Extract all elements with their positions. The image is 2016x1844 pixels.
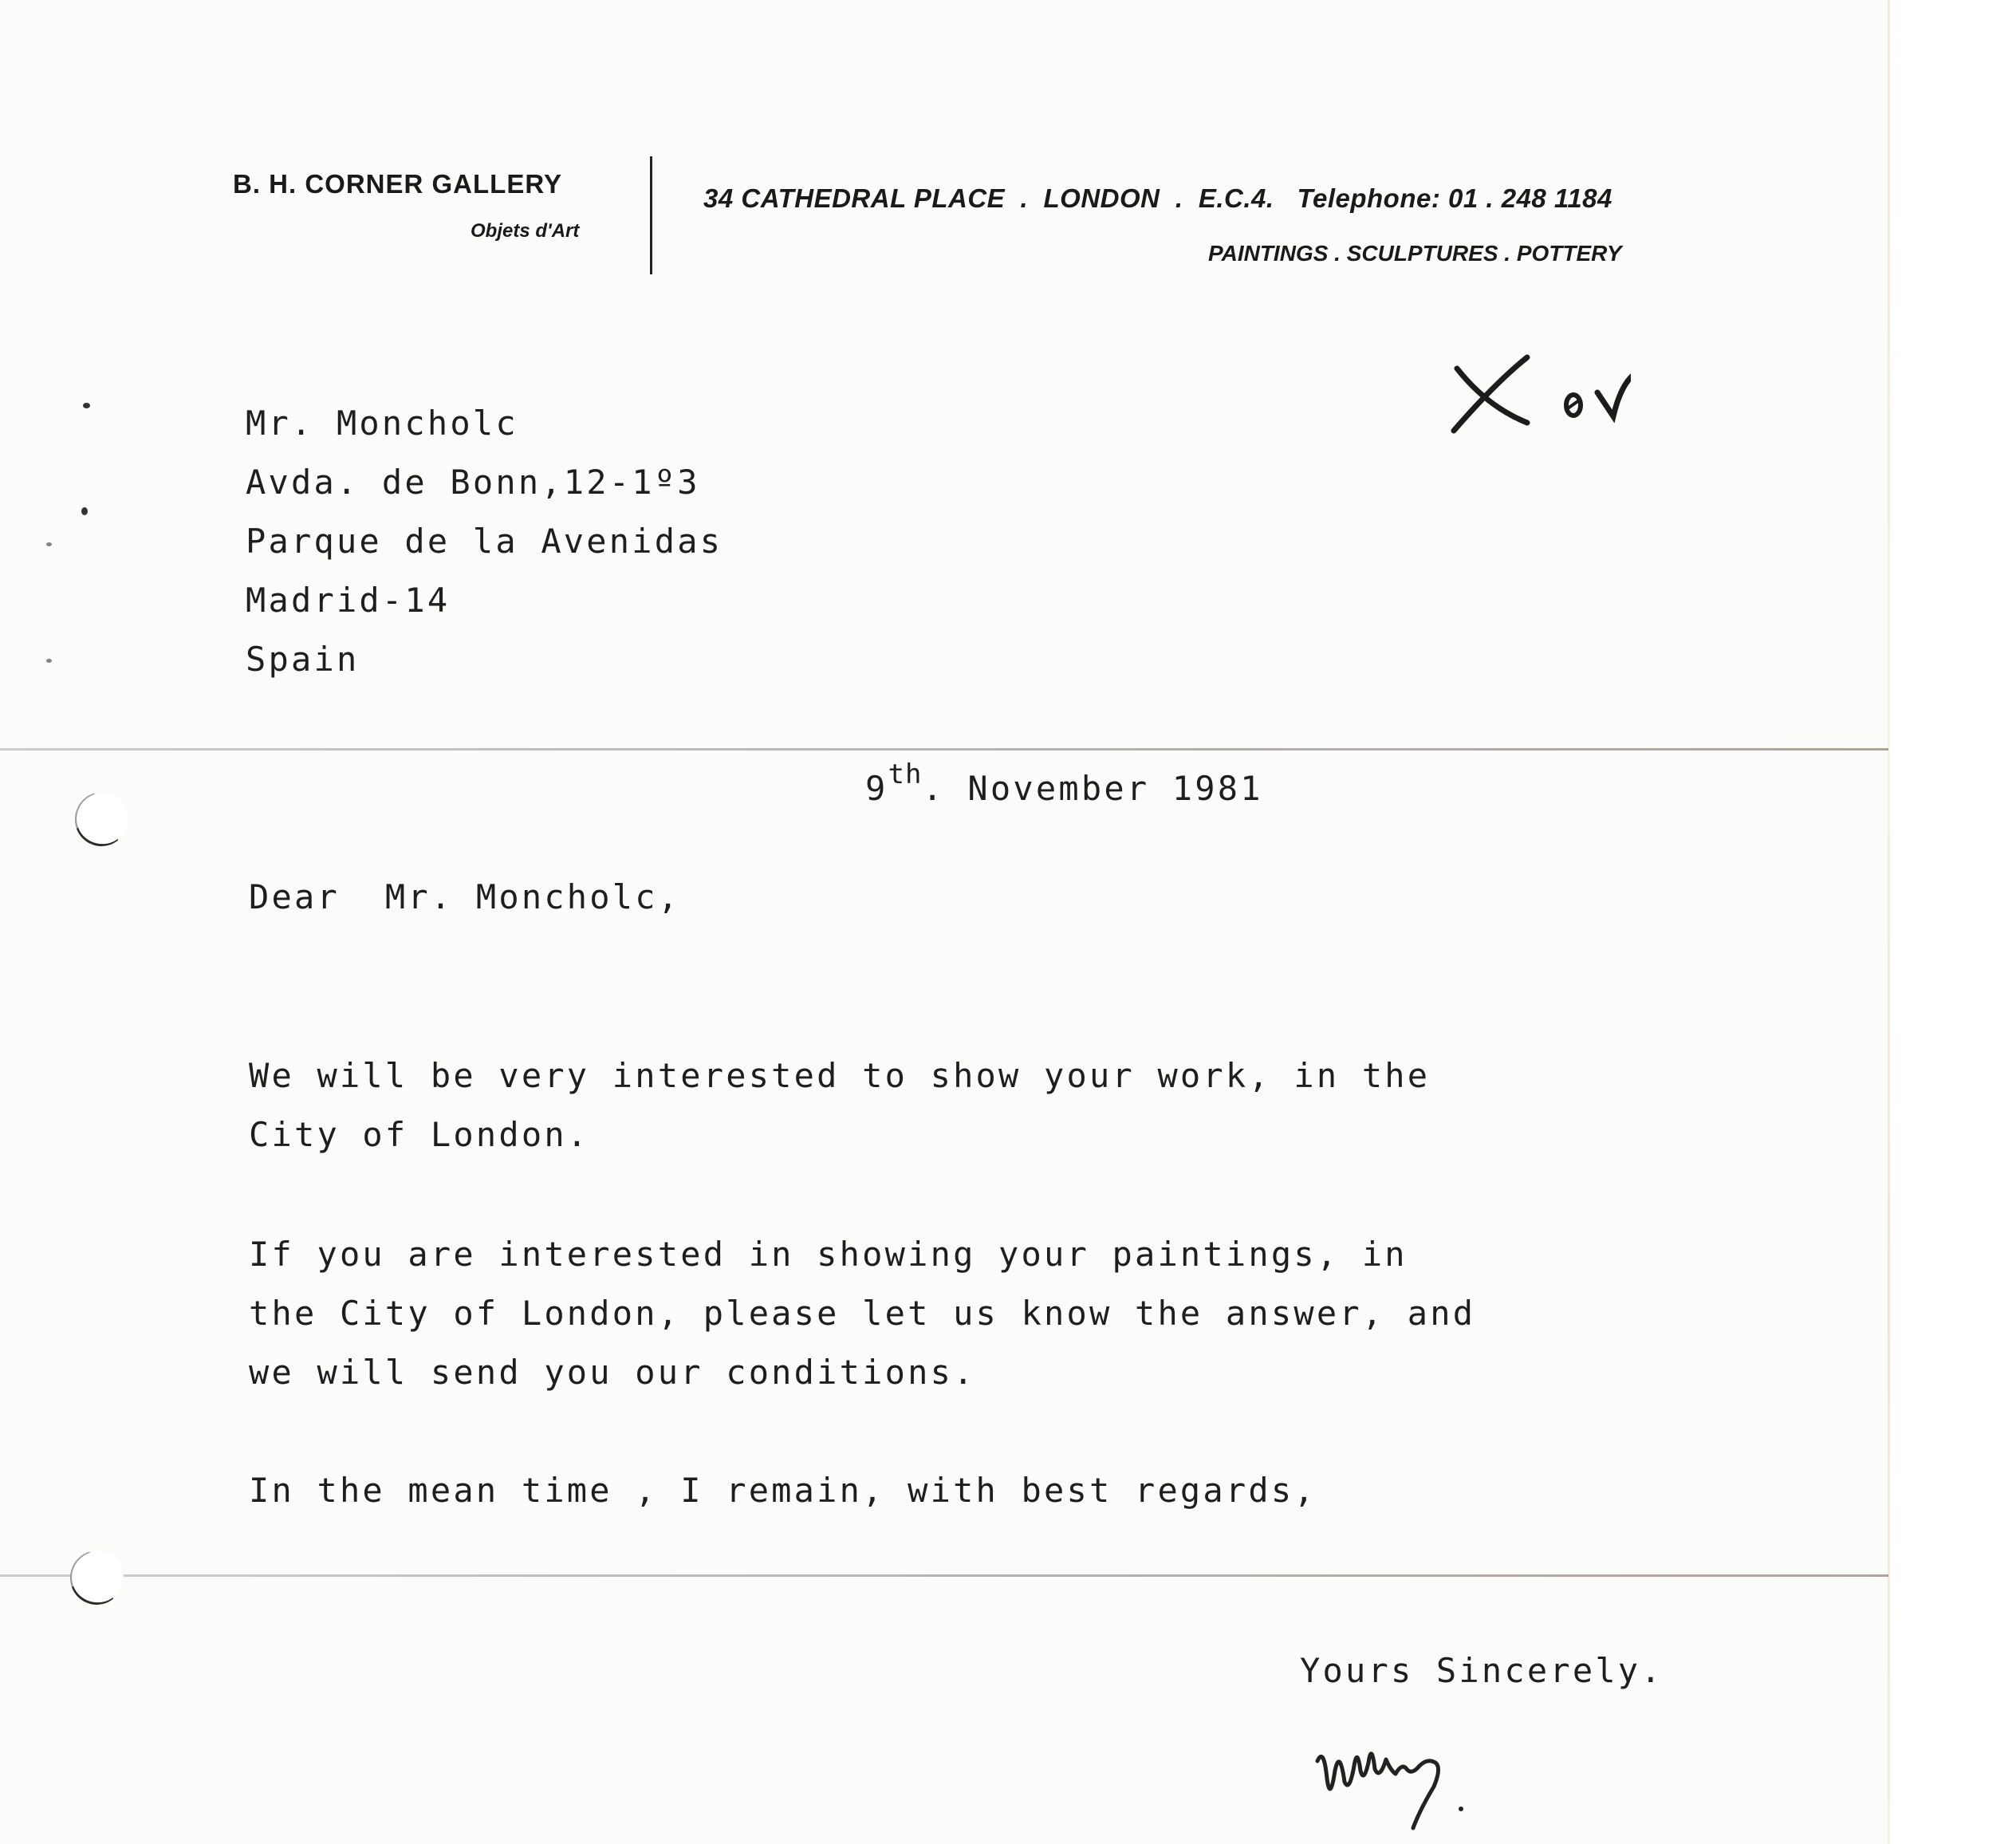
page-edge <box>1888 0 1890 1844</box>
recipient-line: Avda. de Bonn,12-1º3 <box>246 463 700 502</box>
speck <box>81 507 88 515</box>
gallery-subtitle: Objets d'Art <box>471 220 579 242</box>
salutation: Dear Mr. Moncholc, <box>249 868 680 927</box>
recipient-address: Mr. Moncholc Avda. de Bonn,12-1º3 Parque… <box>246 394 723 689</box>
body-paragraph: We will be very interested to show your … <box>249 1046 1430 1164</box>
recipient-line: Parque de la Avenidas <box>246 522 723 561</box>
handwritten-mark-icon <box>1439 351 1631 439</box>
letter-date: 9th. November 1981 <box>865 750 1263 818</box>
speck <box>46 542 52 546</box>
body-paragraph: If you are interested in showing your pa… <box>249 1225 1475 1402</box>
recipient-line: Spain <box>246 640 359 679</box>
letterhead-divider <box>650 156 652 274</box>
date-ordinal: th <box>888 758 923 790</box>
gallery-address: 34 CATHEDRAL PLACE . LONDON . E.C.4. Tel… <box>703 183 1612 214</box>
speck <box>83 403 90 408</box>
gallery-name: B. H. CORNER GALLERY <box>233 169 562 199</box>
signature-icon <box>1308 1731 1515 1834</box>
body-paragraph: In the mean time , I remain, with best r… <box>249 1461 1317 1520</box>
date-month-year: . November 1981 <box>922 769 1262 808</box>
closing: Yours Sincerely. <box>1300 1641 1664 1700</box>
recipient-line: Mr. Moncholc <box>246 404 518 443</box>
date-day: 9 <box>865 769 888 808</box>
gallery-specialties: PAINTINGS . SCULPTURES . POTTERY <box>1208 241 1622 266</box>
speck <box>46 659 52 663</box>
fold-line-lower <box>0 1574 1888 1577</box>
recipient-line: Madrid-14 <box>246 581 450 620</box>
